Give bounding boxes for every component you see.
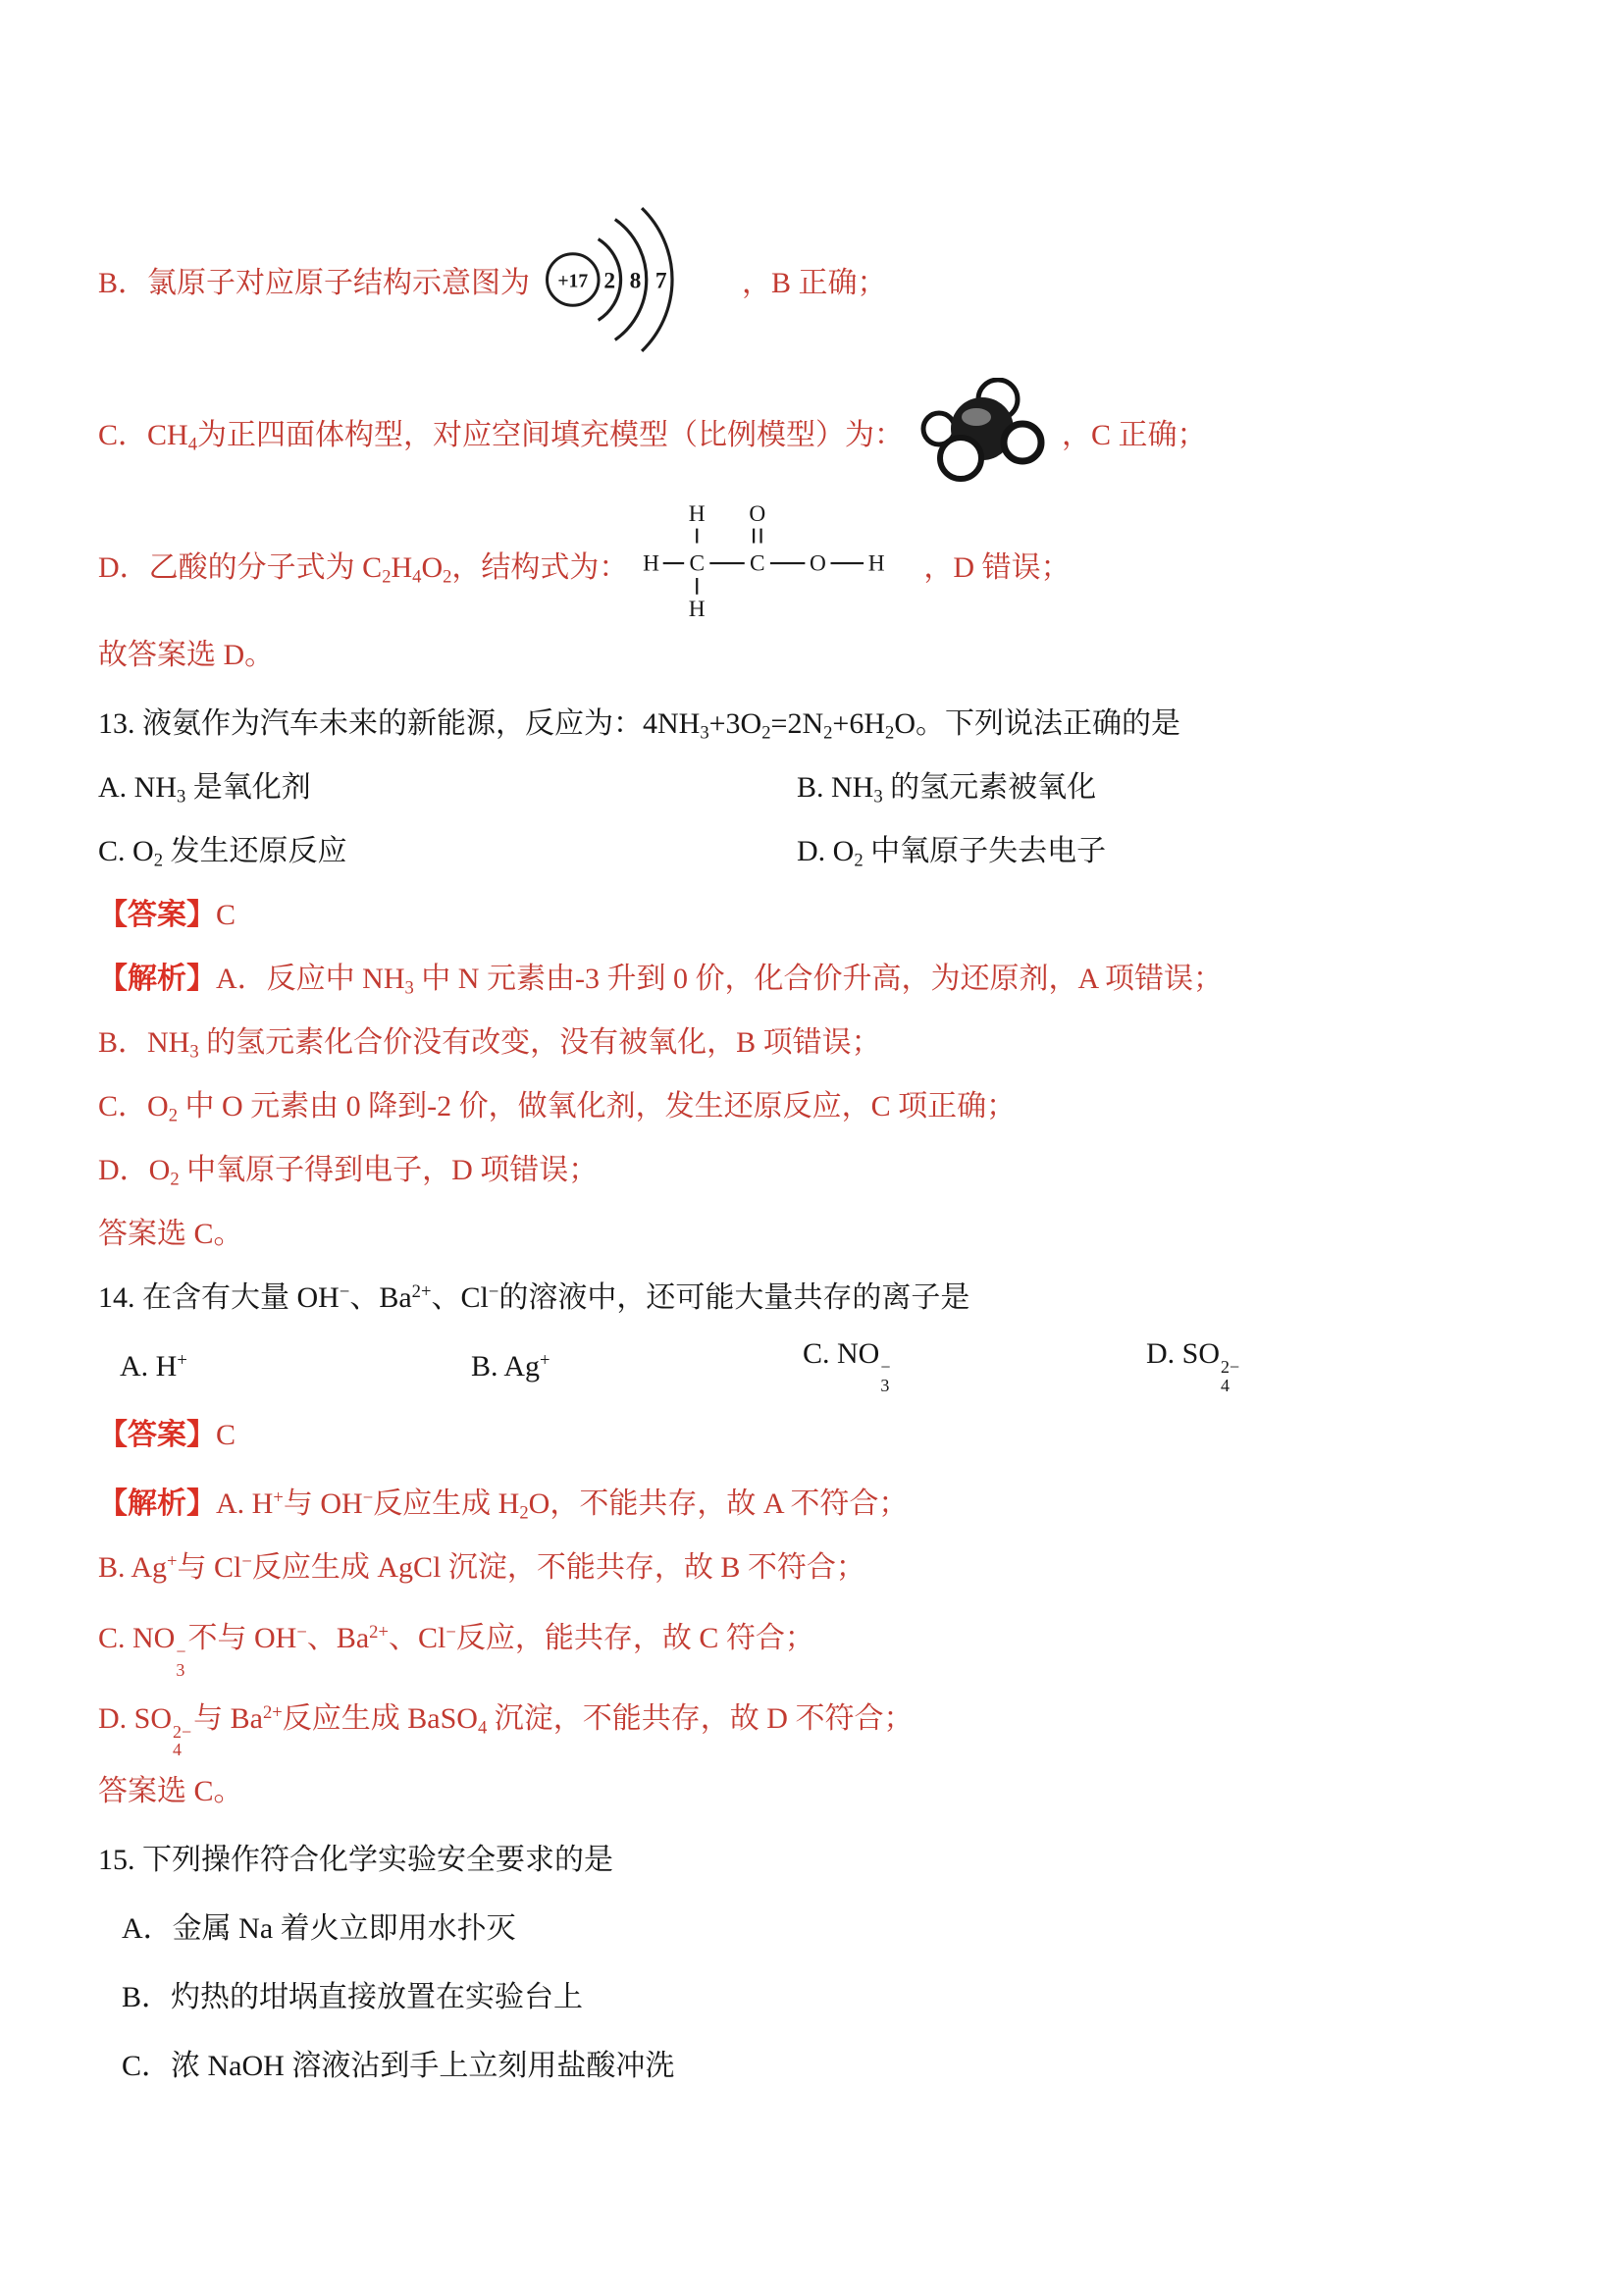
q14-analysis-line-d: D. SO2−4与 Ba2+反应生成 BaSO4 沉淀，不能共存，故 D 不符合… — [98, 1680, 1541, 1760]
q14-option-d: D. SO2−4 — [1146, 1337, 1541, 1395]
analysis-option-c-verdict: ，C 正确； — [1062, 410, 1207, 453]
atom-o-top: O — [750, 501, 766, 527]
atom-h-bottom: H — [689, 597, 706, 622]
atom-structure-diagram: +17 2 8 7 — [538, 206, 734, 353]
analysis-option-b-verdict: ，B 正确； — [742, 258, 887, 301]
q15-stem: 15. 下列操作符合化学实验安全要求的是 — [98, 1828, 1541, 1892]
q13-answer-value: C — [216, 899, 236, 931]
q13-answer-line: 【答案】C — [98, 883, 1541, 947]
q14-analysis-line-b: B. Ag+与 Cl−反应生成 AgCl 沉淀，不能共存，故 B 不符合； — [98, 1536, 1541, 1599]
q14-option-c: C. NO−3 — [803, 1337, 1146, 1395]
q13-analysis-line-b: B．NH3 的氢元素化合价没有改变，没有被氧化，B 项错误； — [98, 1011, 1541, 1074]
answer-label: 【答案】 — [98, 899, 216, 931]
q14-stem: 14. 在含有大量 OH−、Ba2+、Cl−的溶液中，还可能大量共存的离子是 — [98, 1266, 1541, 1330]
q14-answer-line: 【答案】C — [98, 1403, 1541, 1467]
analysis-option-c-row: C．CH4为正四面体构型，对应空间填充模型（比例模型）为： ，C 正确； — [98, 378, 1541, 486]
q14-options: A. H+ B. Ag+ C. NO−3 D. SO2−4 — [98, 1330, 1541, 1403]
analysis-label: 【解析】 — [98, 1487, 216, 1520]
q13-stem: 13. 液氨作为汽车未来的新能源，反应为：4NH3+3O2=2N2+6H2O。下… — [98, 692, 1541, 756]
q13-option-a: A. NH3 是氧化剂 — [98, 756, 797, 819]
space-filling-model — [912, 378, 1054, 486]
q13-analysis-line-d: D．O2 中氧原子得到电子，D 项错误； — [98, 1138, 1541, 1202]
shell-2-count: 8 — [630, 268, 642, 293]
page-content: B．氯原子对应原子结构示意图为 +17 2 8 7 ，B 正确； C．CH4为正… — [98, 0, 1541, 2098]
q14-option-a: A. H+ — [120, 1350, 471, 1383]
atom-h-left: H — [644, 551, 660, 577]
nucleus-charge-label: +17 — [557, 271, 588, 292]
answer-label: 【答案】 — [98, 1419, 216, 1451]
shell-3-count: 7 — [655, 268, 667, 293]
analysis-option-c-text: C．CH4为正四面体构型，对应空间填充模型（比例模型）为： — [98, 410, 904, 453]
analysis-option-d-verdict: ，D 错误； — [923, 543, 1070, 586]
atom-c2: C — [750, 551, 765, 577]
atom-h-top: H — [689, 501, 706, 527]
q13-options: A. NH3 是氧化剂 B. NH3 的氢元素被氧化 C. O2 发生还原反应 … — [98, 756, 1541, 883]
analysis-option-b-text: B．氯原子对应原子结构示意图为 — [98, 258, 530, 301]
analysis-label: 【解析】 — [98, 963, 216, 995]
acetic-acid-structural-formula: H C H H C O O H — [636, 496, 916, 633]
atom-h-right: H — [868, 551, 885, 577]
q14-option-b: B. Ag+ — [471, 1350, 803, 1383]
q14-analysis-line-a: 【解析】A. H+与 OH−反应生成 H2O，不能共存，故 A 不符合； — [98, 1472, 1541, 1536]
analysis-option-d-row: D．乙酸的分子式为 C2H4O2，结构式为： H C H H C O O H ，… — [98, 505, 1541, 623]
q13-analysis-line-c: C．O2 中 O 元素由 0 降到-2 价，做氧化剂，发生还原反应，C 项正确； — [98, 1074, 1541, 1138]
q13-option-b: B. NH3 的氢元素被氧化 — [797, 756, 1541, 819]
q13-option-d: D. O2 中氧原子失去电子 — [797, 819, 1541, 883]
q15-option-a: A．金属 Na 着火立即用水扑灭 — [98, 1897, 1541, 1960]
q14-analysis-line-c: C. NO−3不与 OH−、Ba2+、Cl−反应，能共存，故 C 符合； — [98, 1599, 1541, 1680]
q13-conclusion: 答案选 C。 — [98, 1202, 1541, 1266]
atom-o-chain: O — [810, 551, 826, 577]
q14-conclusion: 答案选 C。 — [98, 1759, 1541, 1823]
q15-option-c: C．浓 NaOH 溶液沾到手上立刻用盐酸冲洗 — [98, 2034, 1541, 2098]
q13-analysis-line-a: 【解析】A．反应中 NH3 中 N 元素由-3 升到 0 价，化合价升高，为还原… — [98, 947, 1541, 1011]
atom-c1: C — [690, 551, 706, 577]
analysis-option-d-text: D．乙酸的分子式为 C2H4O2，结构式为： — [98, 543, 628, 586]
q14-answer-value: C — [216, 1419, 236, 1451]
q13-option-c: C. O2 发生还原反应 — [98, 819, 797, 883]
shell-1-count: 2 — [603, 268, 615, 293]
exam-page: B．氯原子对应原子结构示意图为 +17 2 8 7 ，B 正确； C．CH4为正… — [0, 0, 1623, 2296]
q15-option-b: B．灼热的坩埚直接放置在实验台上 — [98, 1965, 1541, 2029]
analysis-option-b-row: B．氯原子对应原子结构示意图为 +17 2 8 7 ，B 正确； — [98, 206, 1541, 353]
